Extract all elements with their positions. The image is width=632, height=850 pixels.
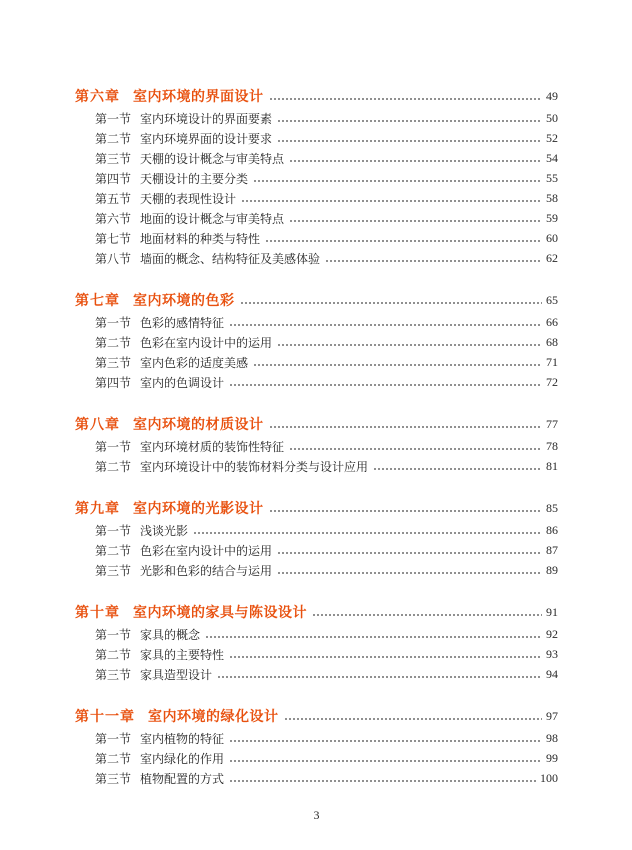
chapter-block: 第九章 室内环境的光影设计 85 第一节 浅谈光影 86 第二节 色彩在室内设计…	[75, 496, 558, 580]
dot-leader	[269, 90, 543, 102]
section-label: 第三节	[95, 150, 131, 167]
section-title: 光影和色彩的结合与运用	[140, 562, 272, 579]
section-title: 天棚设计的主要分类	[140, 170, 248, 187]
section-page-number: 94	[546, 667, 558, 682]
chapter-heading-row: 第十章 室内环境的家具与陈设设计 91	[75, 600, 558, 624]
section-title: 室内环境设计的界面要素	[140, 110, 272, 127]
toc-section-row: 第二节 色彩在室内设计中的运用 87	[75, 540, 558, 560]
section-label: 第三节	[95, 770, 131, 787]
section-label: 第三节	[95, 354, 131, 371]
chapter-heading-row: 第九章 室内环境的光影设计 85	[75, 496, 558, 520]
dot-leader	[217, 668, 542, 680]
section-label: 第二节	[95, 334, 131, 351]
dot-leader	[277, 544, 542, 556]
dot-leader	[277, 564, 542, 576]
dot-leader	[277, 132, 542, 144]
dot-leader	[240, 294, 543, 306]
section-title: 室内植物的特征	[140, 730, 224, 747]
toc-section-row: 第二节 家具的主要特性 93	[75, 644, 558, 664]
chapter-block: 第十章 室内环境的家具与陈设设计 91 第一节 家具的概念 92 第二节 家具的…	[75, 600, 558, 684]
section-page-number: 71	[546, 355, 558, 370]
toc-section-row: 第一节 家具的概念 92	[75, 624, 558, 644]
dot-leader	[229, 316, 542, 328]
section-title: 家具造型设计	[140, 666, 212, 683]
section-title: 浅谈光影	[140, 522, 188, 539]
toc-section-row: 第二节 室内环境设计中的装饰材料分类与设计应用 81	[75, 456, 558, 476]
section-page-number: 72	[546, 375, 558, 390]
section-title: 室内的色调设计	[140, 374, 224, 391]
section-title: 家具的概念	[140, 626, 200, 643]
section-title: 色彩在室内设计中的运用	[140, 542, 272, 559]
toc-section-row: 第一节 室内植物的特征 98	[75, 728, 558, 748]
toc-section-row: 第一节 室内环境设计的界面要素 50	[75, 108, 558, 128]
chapter-block: 第六章 室内环境的界面设计 49 第一节 室内环境设计的界面要素 50 第二节 …	[75, 84, 558, 268]
chapter-page-number: 91	[546, 605, 558, 620]
dot-leader	[289, 440, 542, 452]
section-label: 第八节	[95, 250, 131, 267]
chapter-block: 第八章 室内环境的材质设计 77 第一节 室内环境材质的装饰性特征 78 第二节…	[75, 412, 558, 476]
section-label: 第一节	[95, 626, 131, 643]
dot-leader	[193, 524, 542, 536]
chapter-page-number: 97	[546, 709, 558, 724]
toc-section-row: 第五节 天棚的表现性设计 58	[75, 188, 558, 208]
dot-leader	[277, 112, 542, 124]
section-page-number: 93	[546, 647, 558, 662]
section-page-number: 99	[546, 751, 558, 766]
toc-section-row: 第四节 天棚设计的主要分类 55	[75, 168, 558, 188]
section-label: 第七节	[95, 230, 131, 247]
dot-leader	[229, 732, 542, 744]
section-title: 天棚的设计概念与审美特点	[140, 150, 284, 167]
chapter-page-number: 49	[546, 89, 558, 104]
dot-leader	[284, 710, 543, 722]
section-title: 家具的主要特性	[140, 646, 224, 663]
section-page-number: 98	[546, 731, 558, 746]
dot-leader	[229, 376, 542, 388]
dot-leader	[241, 192, 542, 204]
section-page-number: 54	[546, 151, 558, 166]
toc-section-row: 第一节 浅谈光影 86	[75, 520, 558, 540]
section-label: 第二节	[95, 458, 131, 475]
section-page-number: 89	[546, 563, 558, 578]
dot-leader	[269, 502, 543, 514]
section-label: 第五节	[95, 190, 131, 207]
dot-leader	[229, 772, 536, 784]
dot-leader	[229, 752, 542, 764]
section-page-number: 87	[546, 543, 558, 558]
section-page-number: 92	[546, 627, 558, 642]
toc-section-row: 第三节 室内色彩的适度美感 71	[75, 352, 558, 372]
section-page-number: 52	[546, 131, 558, 146]
toc-section-row: 第八节 墙面的概念、结构特征及美感体验 62	[75, 248, 558, 268]
chapter-heading-row: 第十一章 室内环境的绿化设计 97	[75, 704, 558, 728]
toc-section-row: 第二节 室内环境界面的设计要求 52	[75, 128, 558, 148]
section-label: 第六节	[95, 210, 131, 227]
toc-section-row: 第二节 室内绿化的作用 99	[75, 748, 558, 768]
chapter-heading-row: 第六章 室内环境的界面设计 49	[75, 84, 558, 108]
dot-leader	[289, 212, 542, 224]
dot-leader	[269, 418, 543, 430]
section-title: 墙面的概念、结构特征及美感体验	[140, 250, 320, 267]
section-title: 地面的设计概念与审美特点	[140, 210, 284, 227]
dot-leader	[205, 628, 542, 640]
chapter-title: 室内环境的绿化设计	[148, 706, 279, 726]
section-label: 第三节	[95, 562, 131, 579]
chapter-title: 室内环境的家具与陈设设计	[133, 602, 307, 622]
chapter-title: 室内环境的界面设计	[133, 86, 264, 106]
dot-leader	[253, 356, 542, 368]
section-label: 第二节	[95, 750, 131, 767]
section-title: 色彩的感情特征	[140, 314, 224, 331]
dot-leader	[325, 252, 542, 264]
section-page-number: 86	[546, 523, 558, 538]
section-label: 第一节	[95, 438, 131, 455]
section-page-number: 78	[546, 439, 558, 454]
section-label: 第二节	[95, 646, 131, 663]
section-label: 第四节	[95, 170, 131, 187]
section-page-number: 66	[546, 315, 558, 330]
dot-leader	[277, 336, 542, 348]
chapter-heading-row: 第八章 室内环境的材质设计 77	[75, 412, 558, 436]
chapter-block: 第七章 室内环境的色彩 65 第一节 色彩的感情特征 66 第二节 色彩在室内设…	[75, 288, 558, 392]
chapter-block: 第十一章 室内环境的绿化设计 97 第一节 室内植物的特征 98 第二节 室内绿…	[75, 704, 558, 788]
chapter-label: 第十章	[75, 602, 120, 622]
section-page-number: 60	[546, 231, 558, 246]
toc-section-row: 第六节 地面的设计概念与审美特点 59	[75, 208, 558, 228]
chapter-title: 室内环境的色彩	[133, 290, 235, 310]
chapter-label: 第九章	[75, 498, 120, 518]
toc-section-row: 第三节 植物配置的方式 100	[75, 768, 558, 788]
toc-section-row: 第二节 色彩在室内设计中的运用 68	[75, 332, 558, 352]
section-page-number: 62	[546, 251, 558, 266]
section-label: 第一节	[95, 730, 131, 747]
dot-leader	[373, 460, 542, 472]
section-label: 第四节	[95, 374, 131, 391]
chapter-page-number: 85	[546, 501, 558, 516]
toc-page: 第六章 室内环境的界面设计 49 第一节 室内环境设计的界面要素 50 第二节 …	[0, 0, 632, 850]
dot-leader	[265, 232, 542, 244]
section-page-number: 59	[546, 211, 558, 226]
section-title: 室内环境界面的设计要求	[140, 130, 272, 147]
section-title: 室内绿化的作用	[140, 750, 224, 767]
footer-page-number: 3	[75, 808, 558, 823]
chapter-label: 第七章	[75, 290, 120, 310]
toc-section-row: 第一节 室内环境材质的装饰性特征 78	[75, 436, 558, 456]
dot-leader	[289, 152, 542, 164]
chapter-page-number: 65	[546, 293, 558, 308]
section-label: 第二节	[95, 130, 131, 147]
section-title: 地面材料的种类与特性	[140, 230, 260, 247]
section-page-number: 81	[546, 459, 558, 474]
section-label: 第一节	[95, 522, 131, 539]
section-title: 植物配置的方式	[140, 770, 224, 787]
toc-section-row: 第三节 天棚的设计概念与审美特点 54	[75, 148, 558, 168]
section-title: 室内色彩的适度美感	[140, 354, 248, 371]
section-title: 室内环境材质的装饰性特征	[140, 438, 284, 455]
chapter-label: 第六章	[75, 86, 120, 106]
dot-leader	[253, 172, 542, 184]
chapter-heading-row: 第七章 室内环境的色彩 65	[75, 288, 558, 312]
chapter-title: 室内环境的材质设计	[133, 414, 264, 434]
section-page-number: 58	[546, 191, 558, 206]
dot-leader	[229, 648, 542, 660]
toc-section-row: 第三节 光影和色彩的结合与运用 89	[75, 560, 558, 580]
section-title: 天棚的表现性设计	[140, 190, 236, 207]
section-label: 第二节	[95, 542, 131, 559]
section-label: 第一节	[95, 110, 131, 127]
section-title: 室内环境设计中的装饰材料分类与设计应用	[140, 458, 368, 475]
dot-leader	[312, 606, 542, 618]
section-label: 第一节	[95, 314, 131, 331]
toc-section-row: 第一节 色彩的感情特征 66	[75, 312, 558, 332]
toc-section-row: 第三节 家具造型设计 94	[75, 664, 558, 684]
section-title: 色彩在室内设计中的运用	[140, 334, 272, 351]
section-label: 第三节	[95, 666, 131, 683]
section-page-number: 100	[540, 771, 558, 786]
toc-section-row: 第七节 地面材料的种类与特性 60	[75, 228, 558, 248]
section-page-number: 50	[546, 111, 558, 126]
chapter-title: 室内环境的光影设计	[133, 498, 264, 518]
toc-section-row: 第四节 室内的色调设计 72	[75, 372, 558, 392]
section-page-number: 55	[546, 171, 558, 186]
chapter-label: 第八章	[75, 414, 120, 434]
chapter-page-number: 77	[546, 417, 558, 432]
section-page-number: 68	[546, 335, 558, 350]
chapter-label: 第十一章	[75, 706, 135, 726]
